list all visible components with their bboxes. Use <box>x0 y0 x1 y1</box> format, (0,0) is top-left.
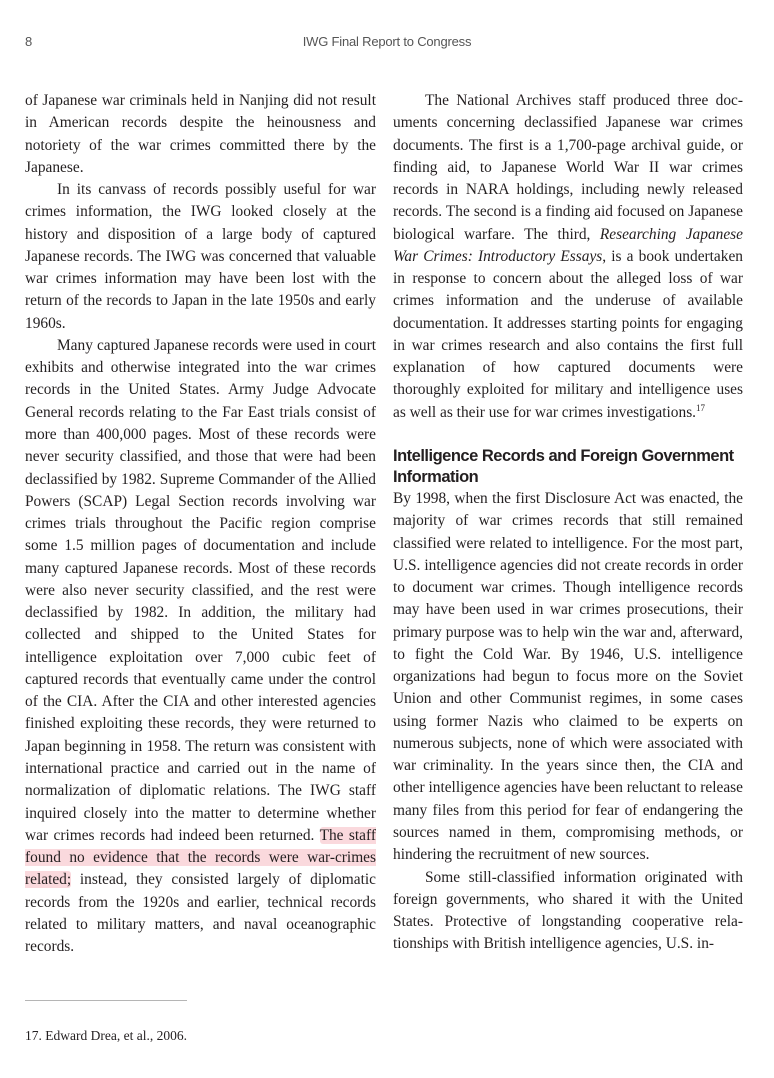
section-heading: Intelligence Records and Foreign Governm… <box>393 446 743 488</box>
paragraph: The National Archives staff produced thr… <box>393 90 743 424</box>
footnote: 17. Edward Drea, et al., 2006. <box>25 1028 187 1044</box>
paragraph-text: , is a book under­taken in response to c… <box>393 248 743 421</box>
paragraph-text: The National Archives staff produced thr… <box>393 92 743 243</box>
page-header: 8 IWG Final Report to Congress <box>0 34 774 54</box>
footnote-divider <box>25 1000 187 1001</box>
paragraph: In its canvass of records possibly usefu… <box>25 179 376 335</box>
left-column: of Japanese war criminals held in Nanjin… <box>25 90 376 958</box>
footnote-reference[interactable]: 17 <box>696 403 705 413</box>
paragraph: Many captured Japanese records were used… <box>25 335 376 958</box>
running-title: IWG Final Report to Congress <box>0 34 774 49</box>
paragraph: By 1998, when the first Disclosure Act w… <box>393 488 743 867</box>
paragraph: of Japanese war criminals held in Nanjin… <box>25 90 376 179</box>
paragraph-text: Many captured Japanese records were used… <box>25 337 376 844</box>
right-column: The National Archives staff produced thr… <box>393 90 743 956</box>
paragraph-text: instead, they consisted largely of diplo… <box>25 871 376 955</box>
paragraph: Some still-classified information origin… <box>393 867 743 956</box>
